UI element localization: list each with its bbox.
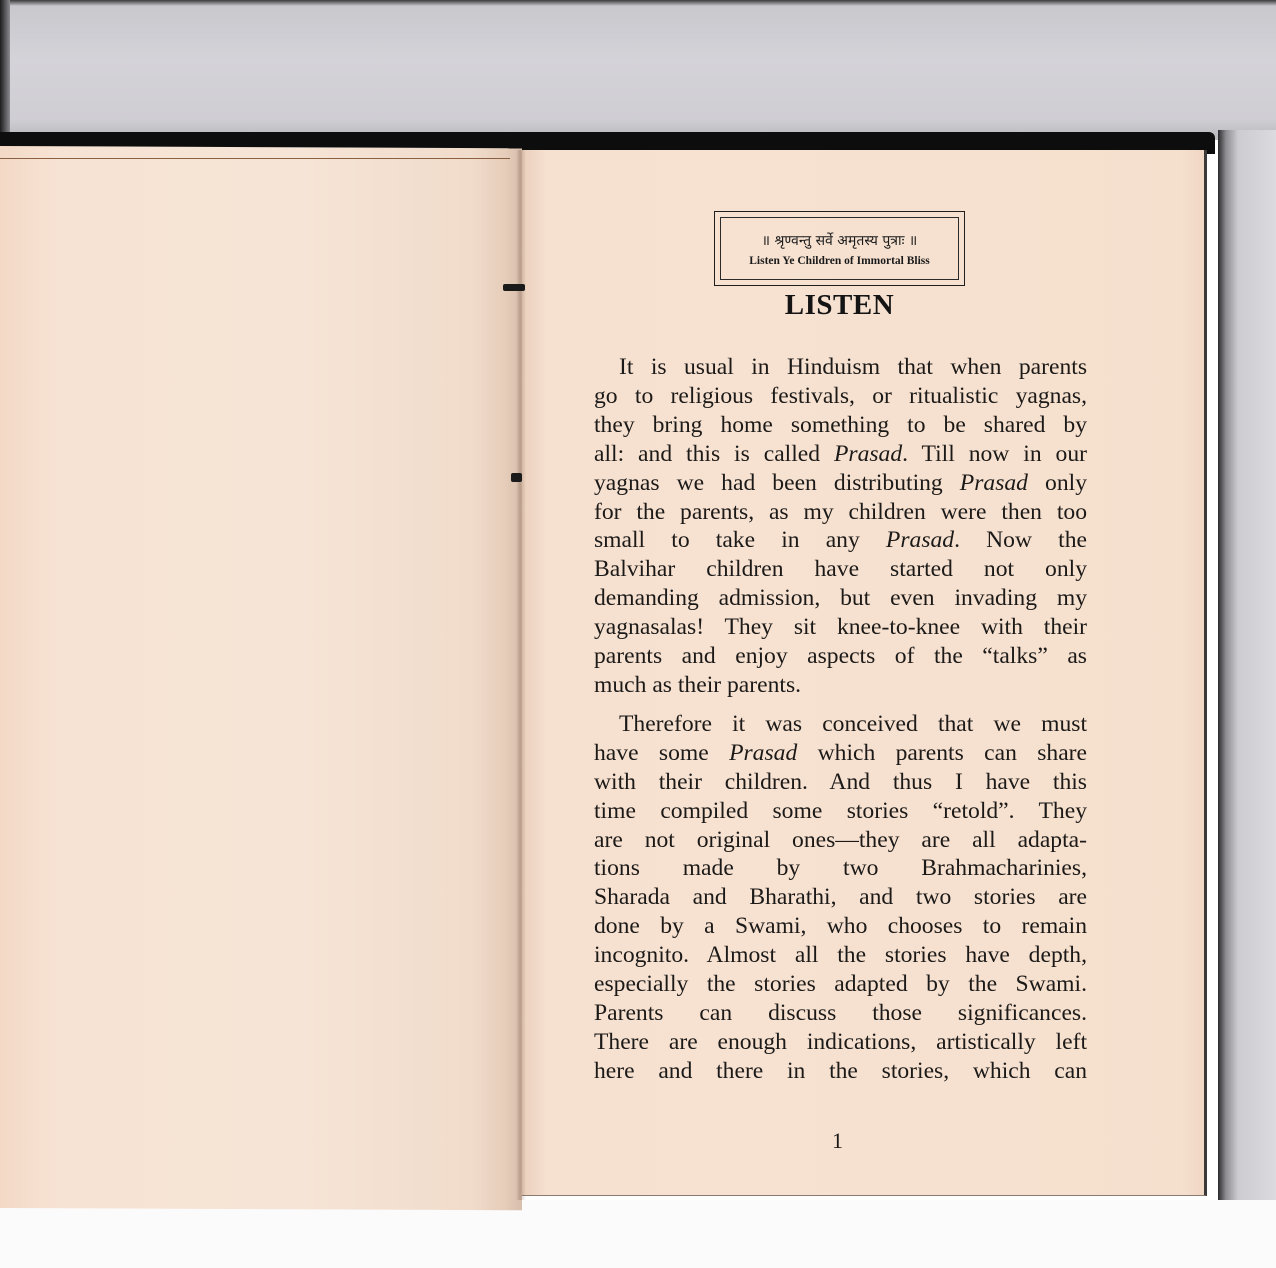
text-line: tions made by two Brahmacharinies,	[594, 854, 1087, 883]
text-line: Parents can discuss those significances.	[594, 999, 1087, 1028]
text-line: here and there in the stories, which can	[594, 1057, 1087, 1086]
text-line: much as their parents.	[594, 671, 1087, 700]
scanner-lid-left-edge	[0, 0, 10, 150]
paragraph-1: It is usual in Hinduism that when parent…	[594, 353, 1087, 700]
text-line: all: and this is called Prasad. Till now…	[594, 440, 1087, 469]
text-line: parents and enjoy aspects of the “talks”…	[594, 642, 1087, 671]
text-line: especially the stories adapted by the Sw…	[594, 970, 1087, 999]
scanner-right-edge	[1218, 130, 1276, 1210]
staple-top-icon	[503, 284, 525, 291]
text-line: with their children. And thus I have thi…	[594, 768, 1087, 797]
italic-term: Prasad	[834, 441, 902, 467]
left-page-top-edge-line	[0, 158, 510, 159]
text-line: small to take in any Prasad. Now the	[594, 526, 1087, 555]
text-line: Balvihar children have started not only	[594, 555, 1087, 584]
text-line: for the parents, as my children were the…	[594, 498, 1087, 527]
invocation-box: ॥ श्रृण्वन्तु सर्वे अमृतस्य पुत्राः ॥ Li…	[714, 211, 965, 286]
italic-term: Prasad	[729, 740, 797, 766]
text-line: There are enough indications, artistical…	[594, 1028, 1087, 1057]
text-line: yagnasalas! They sit knee-to-knee with t…	[594, 613, 1087, 642]
scanner-bed-bottom	[0, 1200, 1276, 1268]
book-gutter	[516, 150, 526, 1200]
text-line: have some Prasad which parents can share	[594, 739, 1087, 768]
staple-bottom-icon	[511, 473, 522, 482]
text-line: are not original ones—they are all adapt…	[594, 826, 1087, 855]
left-page-blank	[0, 146, 522, 1210]
italic-term: Prasad	[886, 527, 954, 553]
text-line: It is usual in Hinduism that when parent…	[594, 353, 1087, 382]
text-line: they bring home something to be shared b…	[594, 411, 1087, 440]
text-line: done by a Swami, who chooses to remain	[594, 912, 1087, 941]
body-text: It is usual in Hinduism that when parent…	[594, 353, 1087, 1086]
text-line: demanding admission, but even invading m…	[594, 584, 1087, 613]
page-title: LISTEN	[714, 289, 965, 322]
paragraph-2: Therefore it was conceived that we musth…	[594, 710, 1087, 1086]
invocation-translation: Listen Ye Children of Immortal Bliss	[749, 253, 930, 269]
text-line: incognito. Almost all the stories have d…	[594, 941, 1087, 970]
italic-term: Prasad	[960, 470, 1028, 496]
page-number: 1	[832, 1128, 843, 1154]
text-line: Sharada and Bharathi, and two stories ar…	[594, 883, 1087, 912]
invocation-box-inner: ॥ श्रृण्वन्तु सर्वे अमृतस्य पुत्राः ॥ Li…	[720, 217, 959, 280]
text-line: Therefore it was conceived that we must	[594, 710, 1087, 739]
scanner-lid-background	[0, 0, 1276, 140]
text-line: yagnas we had been distributing Prasad o…	[594, 469, 1087, 498]
text-line: go to religious festivals, or ritualisti…	[594, 382, 1087, 411]
sanskrit-invocation: ॥ श्रृण्वन्तु सर्वे अमृतस्य पुत्राः ॥	[762, 231, 918, 251]
text-line: time compiled some stories “retold”. The…	[594, 797, 1087, 826]
